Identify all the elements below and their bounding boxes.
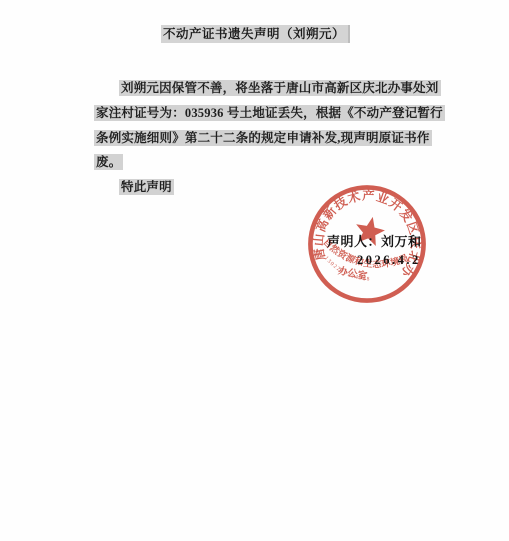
document-page: 不动产证书遗失声明（刘朔元） 刘朔元因保管不善，将坐落于唐山市高新区庆北办事处刘… — [0, 0, 509, 541]
document-title: 不动产证书遗失声明（刘朔元） — [0, 24, 509, 42]
body-line: 刘朔元因保管不善，将坐落于唐山市高新区庆北办事处刘 — [94, 76, 434, 101]
body-line: 条例实施细则》第二十二条的规定申请补发,现声明原证书作 — [94, 126, 434, 151]
document-title-text: 不动产证书遗失声明（刘朔元） — [161, 25, 348, 43]
declarant-signature: 声明人：刘万和 — [327, 231, 422, 250]
signature-date: 2026.4.2 — [357, 253, 421, 268]
body-line: 家注村证号为：035936 号土地证丢失，根据《不动产登记暂行 — [94, 101, 434, 126]
